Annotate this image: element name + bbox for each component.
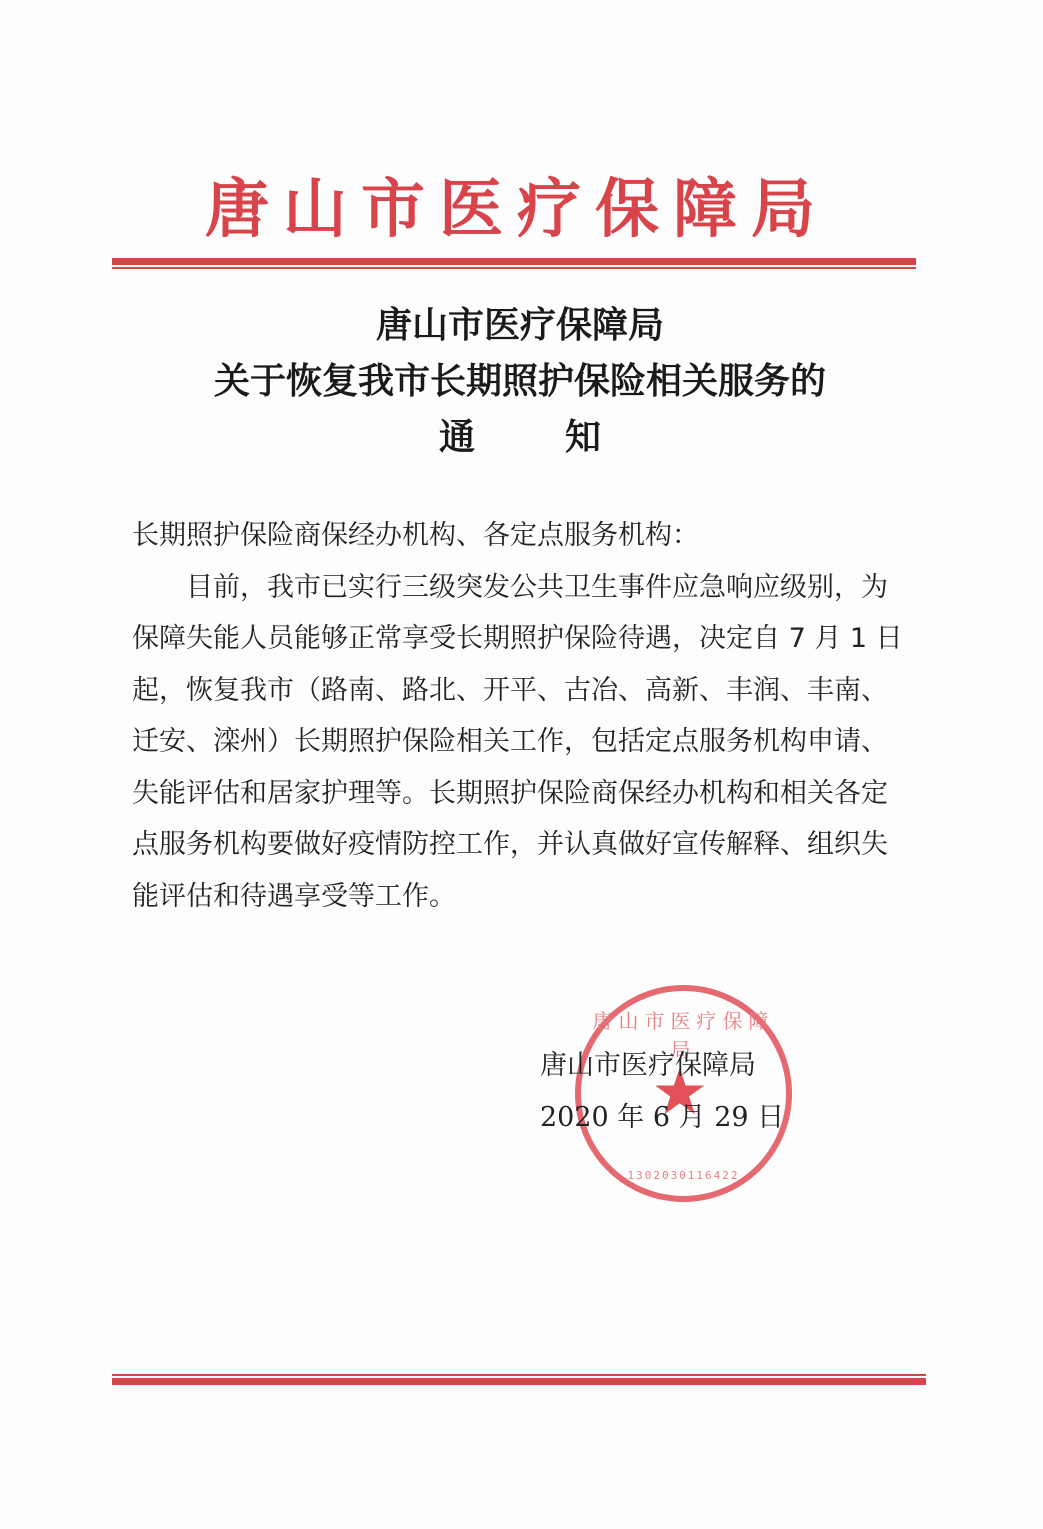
title-line-1: 唐山市医疗保障局 — [100, 298, 940, 354]
salutation: 长期照护保险商保经办机构、各定点服务机构： — [132, 510, 912, 562]
seal-code: 1302030116422 — [581, 1169, 786, 1182]
title-line-3: 通知 — [100, 410, 940, 466]
body-paragraph: 目前，我市已实行三级突发公共卫生事件应急响应级别，为保障失能人员能够正常享受长期… — [132, 562, 912, 923]
letterhead-divider — [112, 258, 916, 271]
footer-divider — [112, 1372, 926, 1385]
title-line-2: 关于恢复我市长期照护保险相关服务的 — [100, 354, 940, 410]
issuer: 唐山市医疗保障局 — [540, 1040, 784, 1092]
document-title: 唐山市医疗保障局 关于恢复我市长期照护保险相关服务的 通知 — [100, 298, 940, 466]
document-body: 长期照护保险商保经办机构、各定点服务机构： 目前，我市已实行三级突发公共卫生事件… — [132, 510, 912, 922]
signature-block: 唐山市医疗保障局 2020 年 6 月 29 日 — [540, 1040, 784, 1144]
issue-date: 2020 年 6 月 29 日 — [540, 1092, 784, 1144]
letterhead-title: 唐山市医疗保障局 — [182, 170, 852, 250]
